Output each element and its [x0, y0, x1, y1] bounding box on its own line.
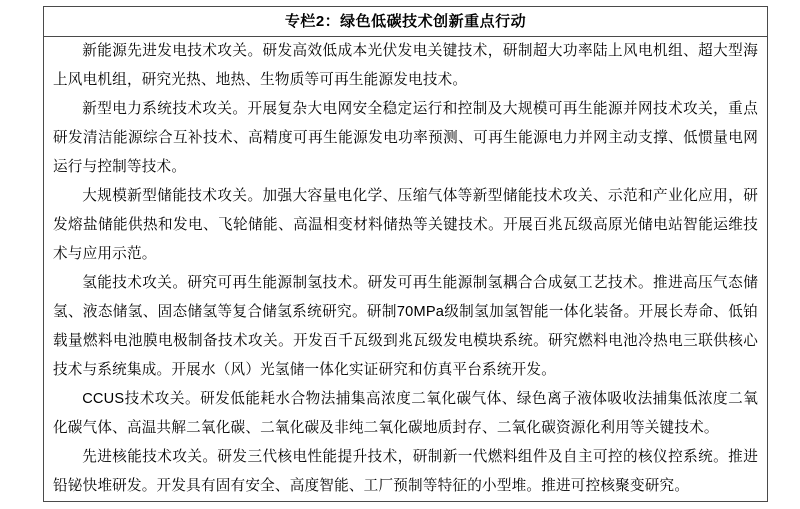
- document-page: 专栏2：绿色低碳技术创新重点行动 新能源先进发电技术攻关。研发高效低成本光伏发电…: [0, 0, 800, 509]
- column-box-title: 专栏2：绿色低碳技术创新重点行动: [44, 7, 767, 37]
- paragraph-new-power-system: 新型电力系统技术攻关。开展复杂大电网安全稳定运行和控制及大规模可再生能源并网技术…: [53, 95, 758, 182]
- column-box-body: 新能源先进发电技术攻关。研发高效低成本光伏发电关键技术，研制超大功率陆上风电机组…: [44, 37, 767, 501]
- paragraph-hydrogen-technology: 氢能技术攻关。研究可再生能源制氢技术。研发可再生能源制氢耦合合成氨工艺技术。推进…: [53, 269, 758, 385]
- column-box: 专栏2：绿色低碳技术创新重点行动 新能源先进发电技术攻关。研发高效低成本光伏发电…: [43, 6, 768, 502]
- paragraph-advanced-nuclear: 先进核能技术攻关。研发三代核电性能提升技术，研制新一代燃料组件及自主可控的核仪控…: [53, 443, 758, 501]
- paragraph-new-energy-generation: 新能源先进发电技术攻关。研发高效低成本光伏发电关键技术，研制超大功率陆上风电机组…: [53, 37, 758, 95]
- paragraph-energy-storage: 大规模新型储能技术攻关。加强大容量电化学、压缩气体等新型储能技术攻关、示范和产业…: [53, 182, 758, 269]
- paragraph-ccus-technology: CCUS技术攻关。研发低能耗水合物法捕集高浓度二氧化碳气体、绿色离子液体吸收法捕…: [53, 385, 758, 443]
